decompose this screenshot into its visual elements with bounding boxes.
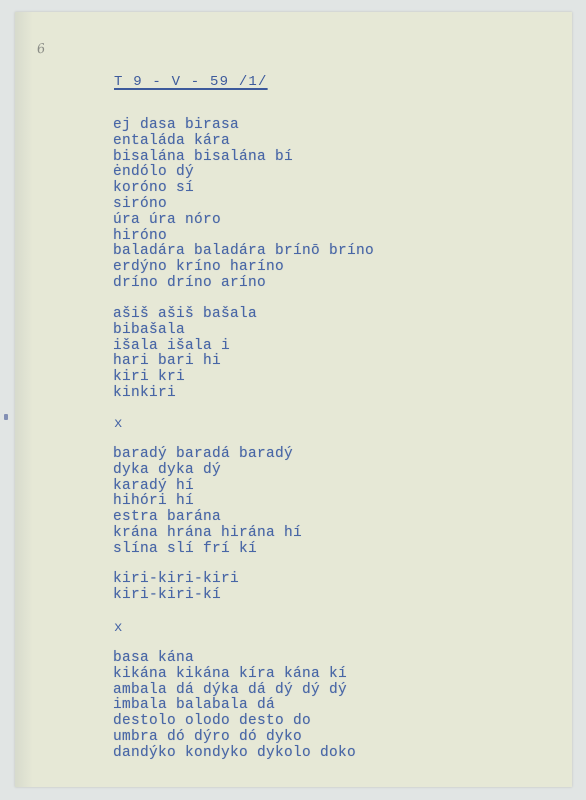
verse-line: hiróno bbox=[113, 229, 374, 245]
verse-line: dyka dyka dý bbox=[113, 463, 302, 479]
stanza-4: kiri-kiri-kiri kiri-kiri-kí bbox=[113, 572, 239, 604]
scanned-page-background: 6 T 9 - V - 59 /1/ ej dasa birasa entalá… bbox=[0, 0, 586, 800]
stanza-1: ej dasa birasa entaláda kára bisalána bi… bbox=[113, 118, 374, 292]
verse-line: estra barána bbox=[113, 510, 302, 526]
verse-line: umbra dó dýro dó dyko bbox=[113, 730, 356, 746]
verse-line: kiri kri bbox=[113, 370, 257, 386]
verse-line: ėndólo dý bbox=[113, 165, 374, 181]
verse-line: entaláda kára bbox=[113, 134, 374, 150]
verse-line: imbala balabala dá bbox=[113, 698, 356, 714]
verse-line: koróno sí bbox=[113, 181, 374, 197]
verse-line: dandýko kondyko dykolo doko bbox=[113, 746, 356, 762]
verse-line: erdýno kríno haríno bbox=[113, 260, 374, 276]
verse-line: bibašala bbox=[113, 323, 257, 339]
verse-line: slína slí frí kí bbox=[113, 542, 302, 558]
verse-line: ašiš ašiš bašala bbox=[113, 307, 257, 323]
verse-line: úra úra nóro bbox=[113, 213, 374, 229]
verse-line: hihóri hí bbox=[113, 494, 302, 510]
verse-line: siróno bbox=[113, 197, 374, 213]
stanza-2: ašiš ašiš bašala bibašala išala išala i … bbox=[113, 307, 257, 402]
document-title: T 9 - V - 59 /1/ bbox=[114, 74, 268, 90]
stanza-5: basa kána kikána kikána kíra kána kí amb… bbox=[113, 651, 356, 762]
verse-line: baradý baradá baradý bbox=[113, 447, 302, 463]
stanza-3: baradý baradá baradý dyka dyka dý karadý… bbox=[113, 447, 302, 558]
verse-line: destolo olodo desto do bbox=[113, 714, 356, 730]
verse-line: baladára baladára brínō bríno bbox=[113, 244, 374, 260]
verse-line: kiri-kiri-kiri bbox=[113, 572, 239, 588]
handwritten-page-number: 6 bbox=[36, 41, 46, 57]
verse-line: basa kána bbox=[113, 651, 356, 667]
verse-line: kikána kikána kíra kána kí bbox=[113, 667, 356, 683]
verse-line: dríno dríno aríno bbox=[113, 276, 374, 292]
margin-mark bbox=[4, 414, 8, 420]
verse-line: kinkiri bbox=[113, 386, 257, 402]
verse-line: krána hrána hirána hí bbox=[113, 526, 302, 542]
section-separator: x bbox=[114, 416, 122, 432]
section-separator: x bbox=[114, 620, 122, 636]
verse-line: ej dasa birasa bbox=[113, 118, 374, 134]
verse-line: kiri-kiri-kí bbox=[113, 588, 239, 604]
verse-line: hari bari hi bbox=[113, 354, 257, 370]
